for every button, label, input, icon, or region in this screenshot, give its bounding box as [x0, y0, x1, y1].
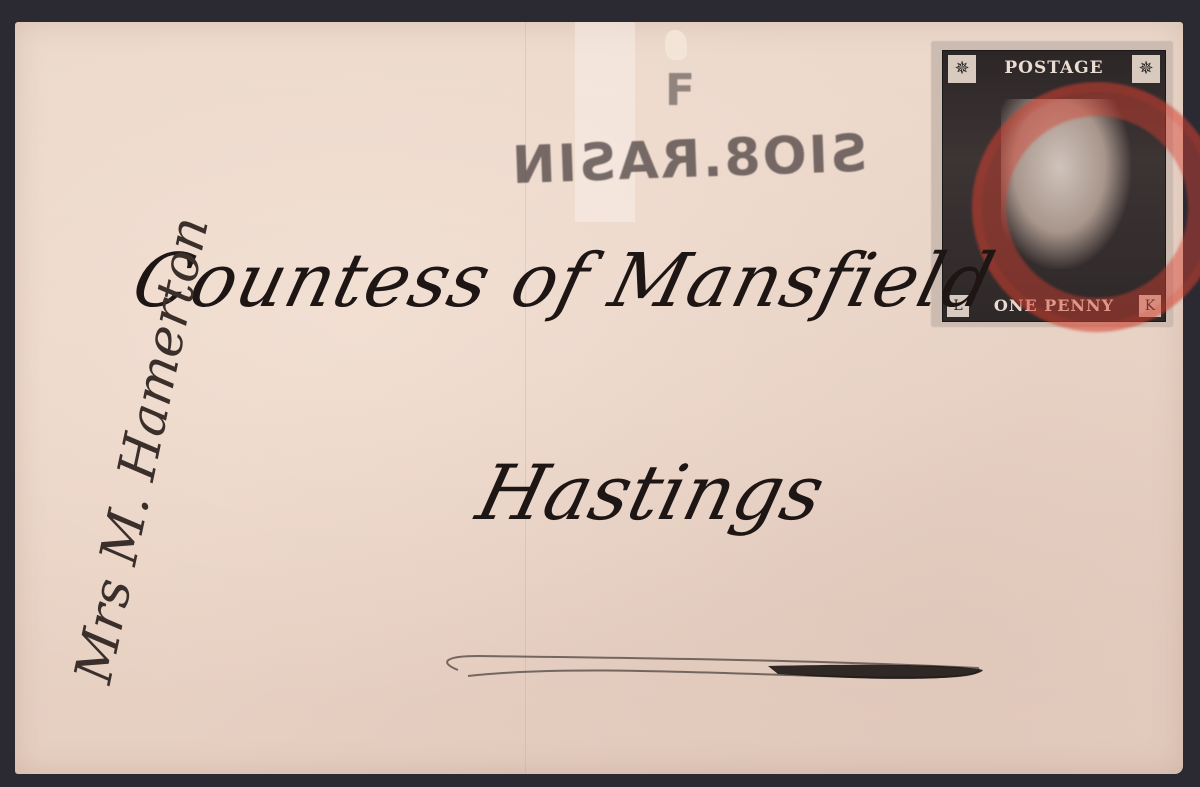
star-icon: ✵ [948, 55, 976, 83]
address-line-1: Countess of Mansfield [124, 238, 1003, 324]
ink-flourish-underline [438, 650, 988, 690]
paper-tear [665, 30, 687, 60]
postmark: SIO8.RASIN [509, 124, 868, 196]
stamp-postage-label: POSTAGE [981, 55, 1127, 81]
address-line-2: Hastings [469, 448, 833, 537]
star-icon: ✵ [1132, 55, 1160, 83]
postmark-top-mark: F [665, 65, 695, 116]
